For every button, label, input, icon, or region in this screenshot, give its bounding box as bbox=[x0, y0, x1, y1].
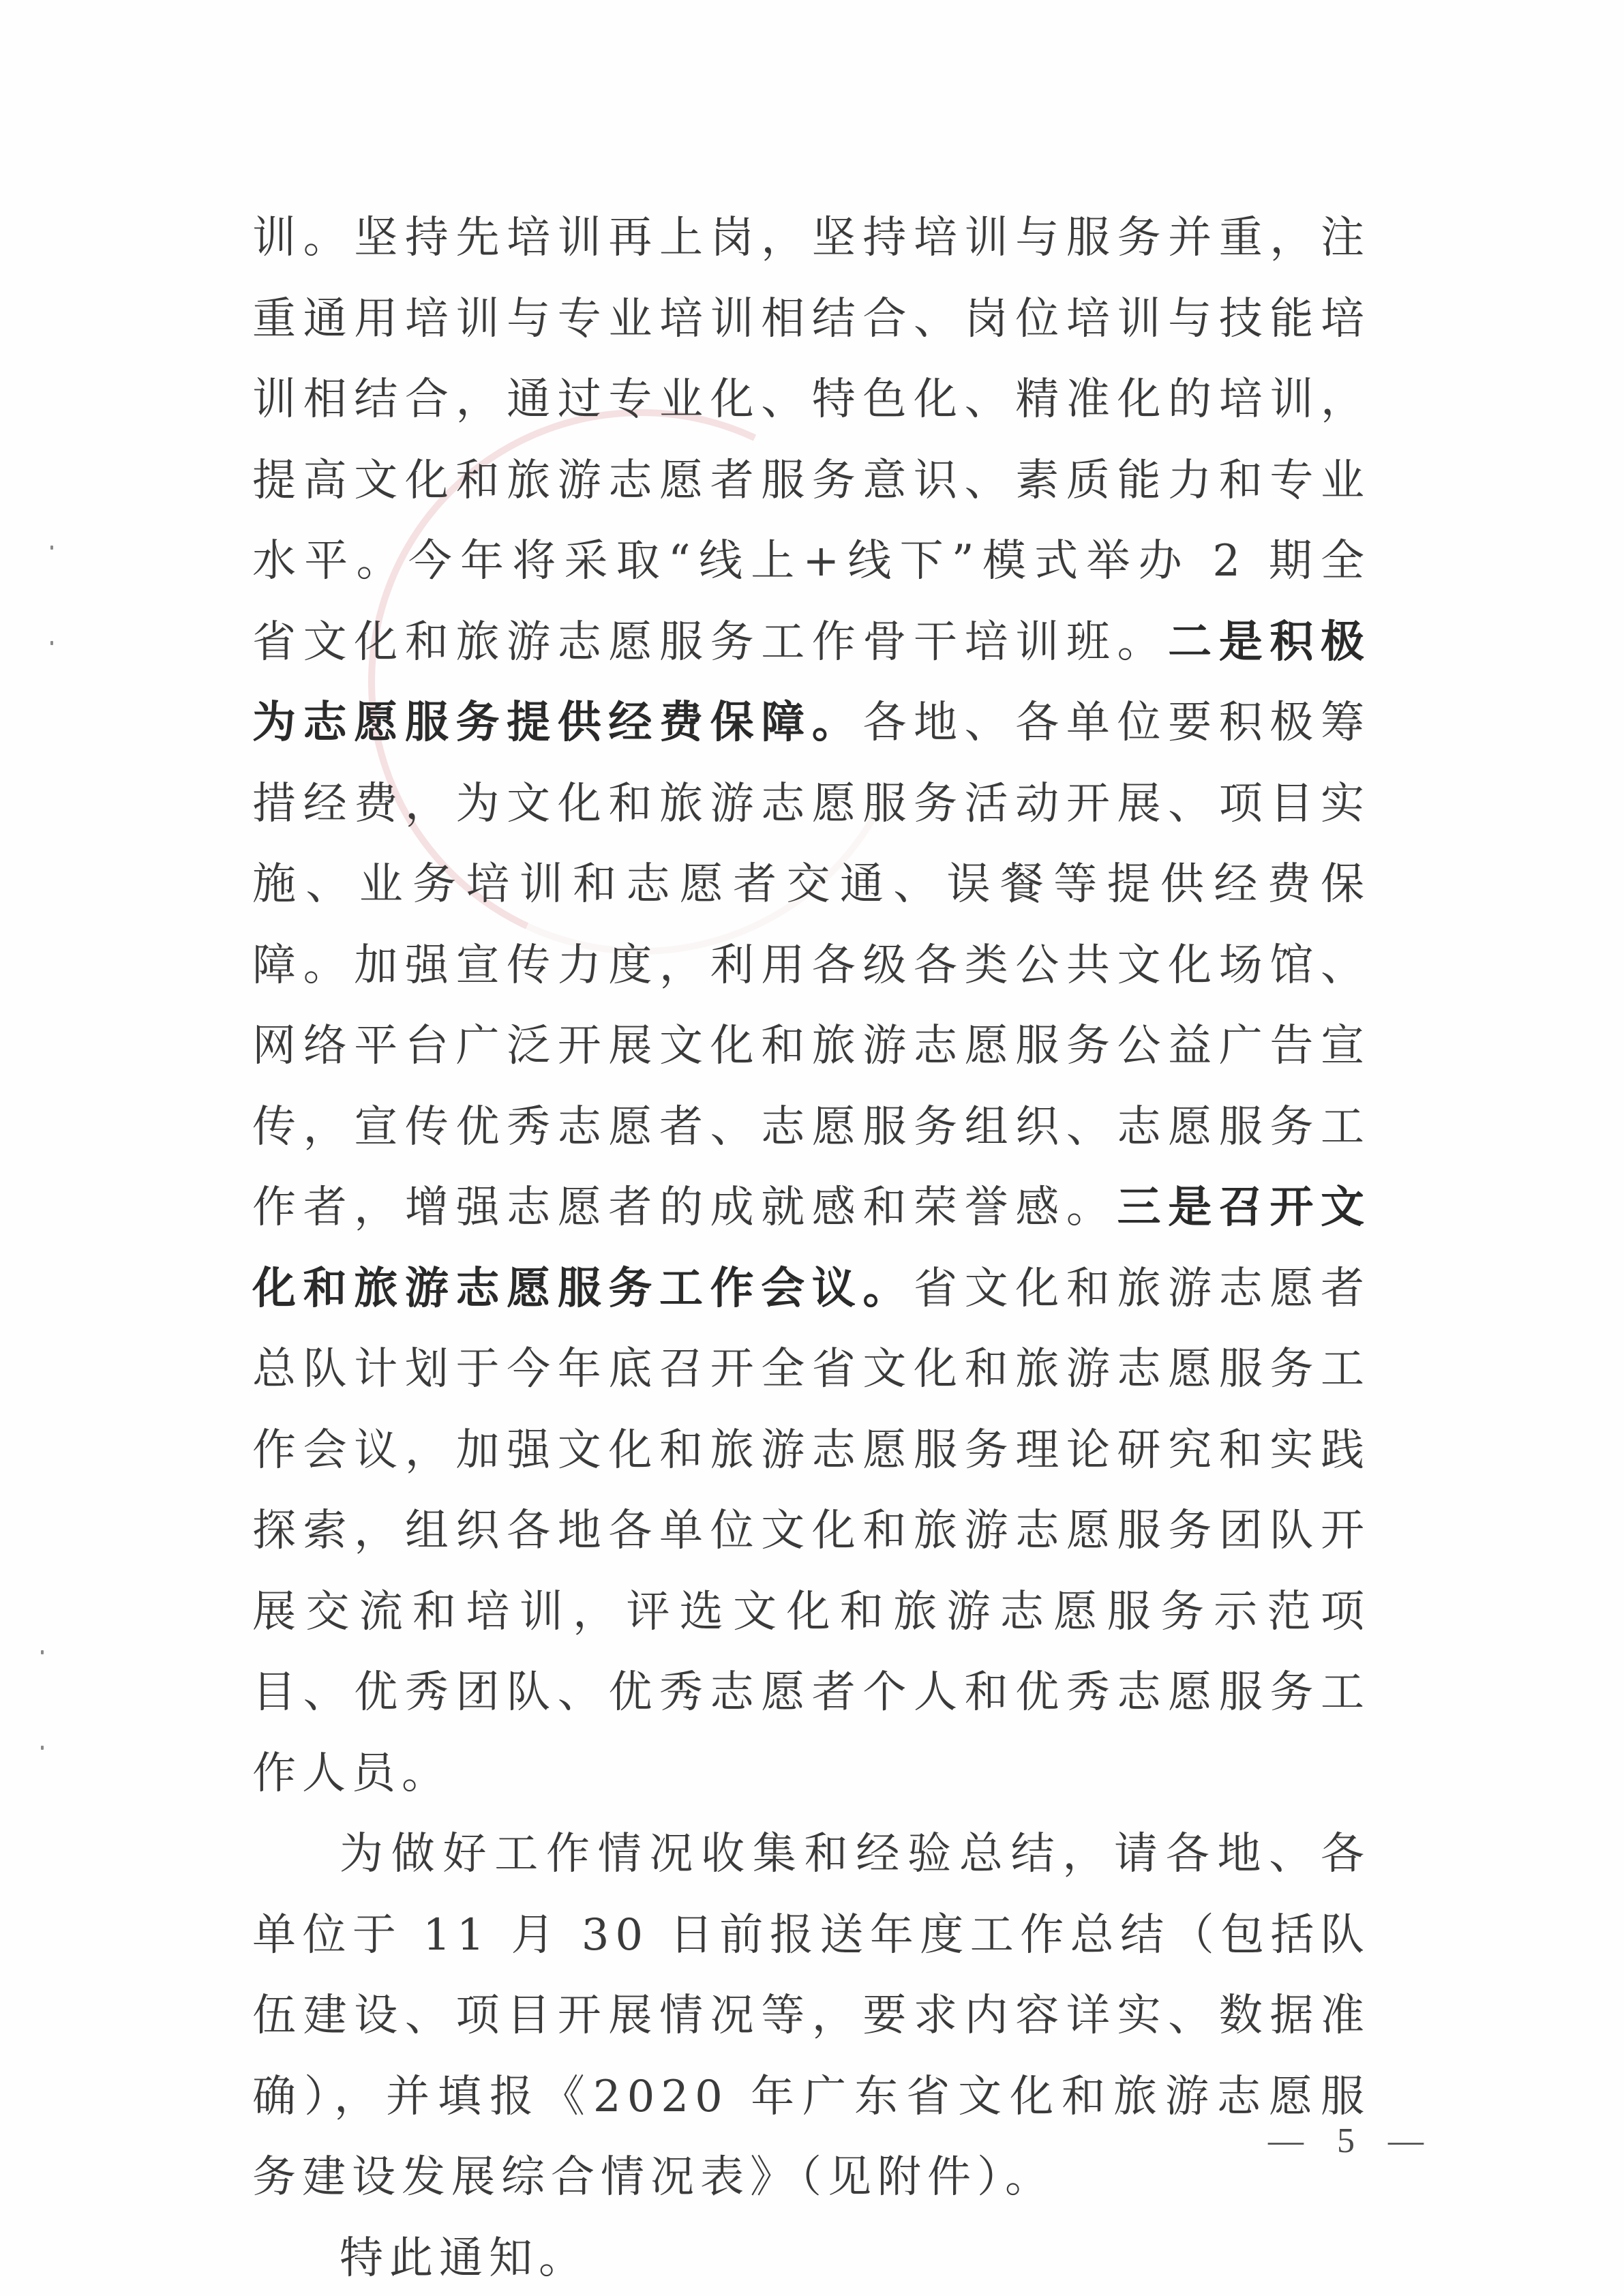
paragraph-submission-request: 为做好工作情况收集和经验总结，请各地、各单位于 11 月 30 日前报送年度工作… bbox=[252, 1814, 1370, 2218]
document-body: 训。坚持先培训再上岗，坚持培训与服务并重，注重通用培训与专业培训相结合、岗位培训… bbox=[252, 198, 1370, 2296]
scan-artifact-mark bbox=[41, 1650, 44, 1654]
paragraph-training-funding-meeting: 训。坚持先培训再上岗，坚持培训与服务并重，注重通用培训与专业培训相结合、岗位培训… bbox=[252, 198, 1370, 1814]
document-page: 训。坚持先培训再上岗，坚持培训与服务并重，注重通用培训与专业培训相结合、岗位培训… bbox=[0, 0, 1624, 2296]
page-number: — 5 — bbox=[1268, 2121, 1436, 2161]
scan-artifact-mark bbox=[41, 1746, 44, 1750]
paragraph-closing: 特此通知。 bbox=[252, 2218, 1370, 2296]
text-submission-request: 为做好工作情况收集和经验总结，请各地、各单位于 11 月 30 日前报送年度工作… bbox=[252, 1829, 1370, 2203]
text-conference-details: 省文化和旅游志愿者总队计划于今年底召开全省文化和旅游志愿服务工作会议，加强文化和… bbox=[252, 1264, 1370, 1799]
text-training-details: 训。坚持先培训再上岗，坚持培训与服务并重，注重通用培训与专业培训相结合、岗位培训… bbox=[252, 213, 1370, 668]
scan-artifact-mark bbox=[50, 546, 53, 550]
text-funding-details: 各地、各单位要积极筹措经费，为文化和旅游志愿服务活动开展、项目实施、业务培训和志… bbox=[252, 698, 1370, 1233]
text-closing-notice: 特此通知。 bbox=[340, 2233, 588, 2284]
scan-artifact-mark bbox=[50, 641, 53, 645]
